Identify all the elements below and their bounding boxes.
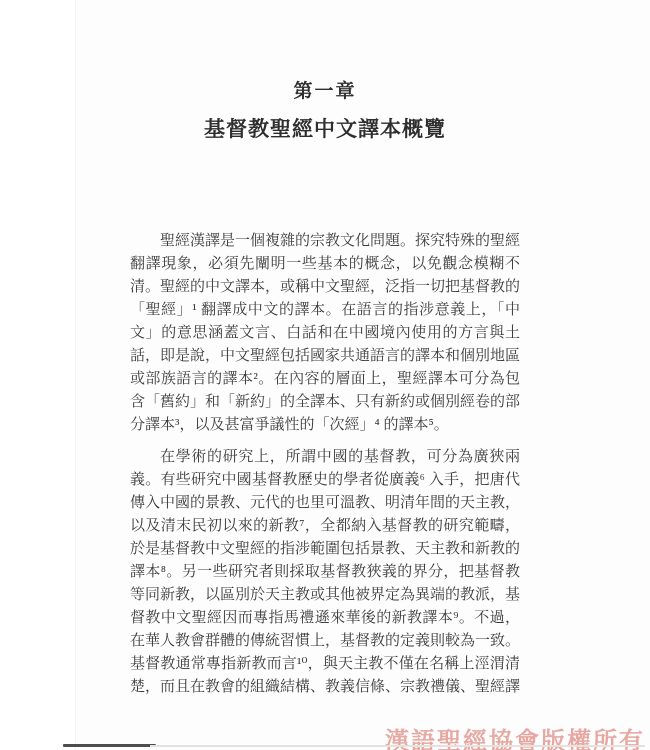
paragraph: 在學術的研究上，所謂中國的基督教，可分為廣狹兩義。有些研究中國基督教歷史的學者從… (130, 446, 520, 699)
text-line: 「聖經」¹ 翻譯成中文的譯本。在語言的指涉意義上，「中 (130, 299, 520, 322)
text-line: 以及清末民初以來的新教⁷，全都納入基督教的研究範疇， (130, 515, 520, 538)
text-line: 翻譯現象，必須先闡明一些基本的概念，以免觀念模糊不 (130, 253, 520, 276)
text-line: 清。聖經的中文譯本，或稱中文聖經，泛指一切把基督教的 (130, 276, 520, 299)
paragraph: 聖經漢譯是一個複雜的宗教文化問題。探究特殊的聖經翻譯現象，必須先闡明一些基本的概… (130, 230, 520, 437)
text-line: 聖經漢譯是一個複雜的宗教文化問題。探究特殊的聖經 (130, 230, 520, 253)
text-line: 傳入中國的景教、元代的也里可溫教、明清年間的天主教， (130, 492, 520, 515)
text-line: 文」的意思涵蓋文言、白話和在中國境內使用的方言與土 (130, 322, 520, 345)
text-line: 分譯本³，以及甚富爭議性的「次經」⁴ 的譯本⁵。 (130, 414, 520, 437)
text-line: 楚，而且在教會的組織結構、教義信條、宗教禮儀、聖經譯 (130, 676, 520, 699)
page-edge-shadow-faint (150, 745, 645, 747)
text-line: 在華人教會群體的傳統習慣上，基督教的定義則較為一致。 (130, 630, 520, 653)
text-line: 或部族語言的譯本²。在內容的層面上，聖經譯本可分為包 (130, 368, 520, 391)
text-line: 督教中文聖經因而專指馬禮遜來華後的新教譯本⁹。不過， (130, 607, 520, 630)
text-line: 譯本⁸。另一些研究者則採取基督教狹義的界分，把基督教 (130, 561, 520, 584)
text-line: 義。有些研究中國基督教歷史的學者從廣義⁶ 入手，把唐代 (130, 469, 520, 492)
text-line: 在學術的研究上，所謂中國的基督教，可分為廣狹兩 (130, 446, 520, 469)
text-line: 話，即是說，中文聖經包括國家共通語言的譯本和個別地區 (130, 345, 520, 368)
scanned-book-page: 第一章 基督教聖經中文譯本概覽 聖經漢譯是一個複雜的宗教文化問題。探究特殊的聖經… (0, 0, 650, 750)
page-edge-shadow-dark (63, 744, 156, 747)
text-line: 於是基督教中文聖經的指涉範圍包括景教、天主教和新教的 (130, 538, 520, 561)
text-line: 基督教通常專指新教而言¹⁰，與天主教不僅在名稱上涇渭清 (130, 653, 520, 676)
body-text: 聖經漢譯是一個複雜的宗教文化問題。探究特殊的聖經翻譯現象，必須先闡明一些基本的概… (130, 230, 520, 699)
text-line: 含「舊約」和「新約」的全譯本、只有新約或個別經卷的部 (130, 391, 520, 414)
chapter-number: 第一章 (130, 76, 520, 103)
text-line: 等同新教，以區別於天主教或其他被界定為異端的教派，基 (130, 584, 520, 607)
chapter-title: 基督教聖經中文譯本概覽 (130, 113, 520, 143)
